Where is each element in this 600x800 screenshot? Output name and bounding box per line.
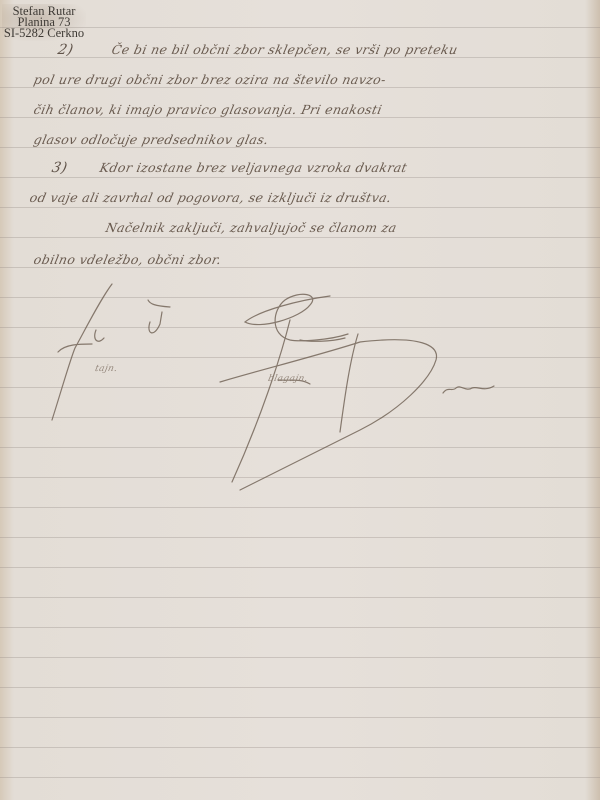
center-signature-stroke — [245, 294, 348, 340]
signature-strokes — [0, 0, 600, 800]
center-signature-caption: blagajn. — [267, 374, 309, 384]
left-signature-caption: tajn. — [94, 364, 119, 374]
document-page: Stefan Rutar Planina 73 SI-5282 Cerkno 2… — [0, 0, 600, 800]
